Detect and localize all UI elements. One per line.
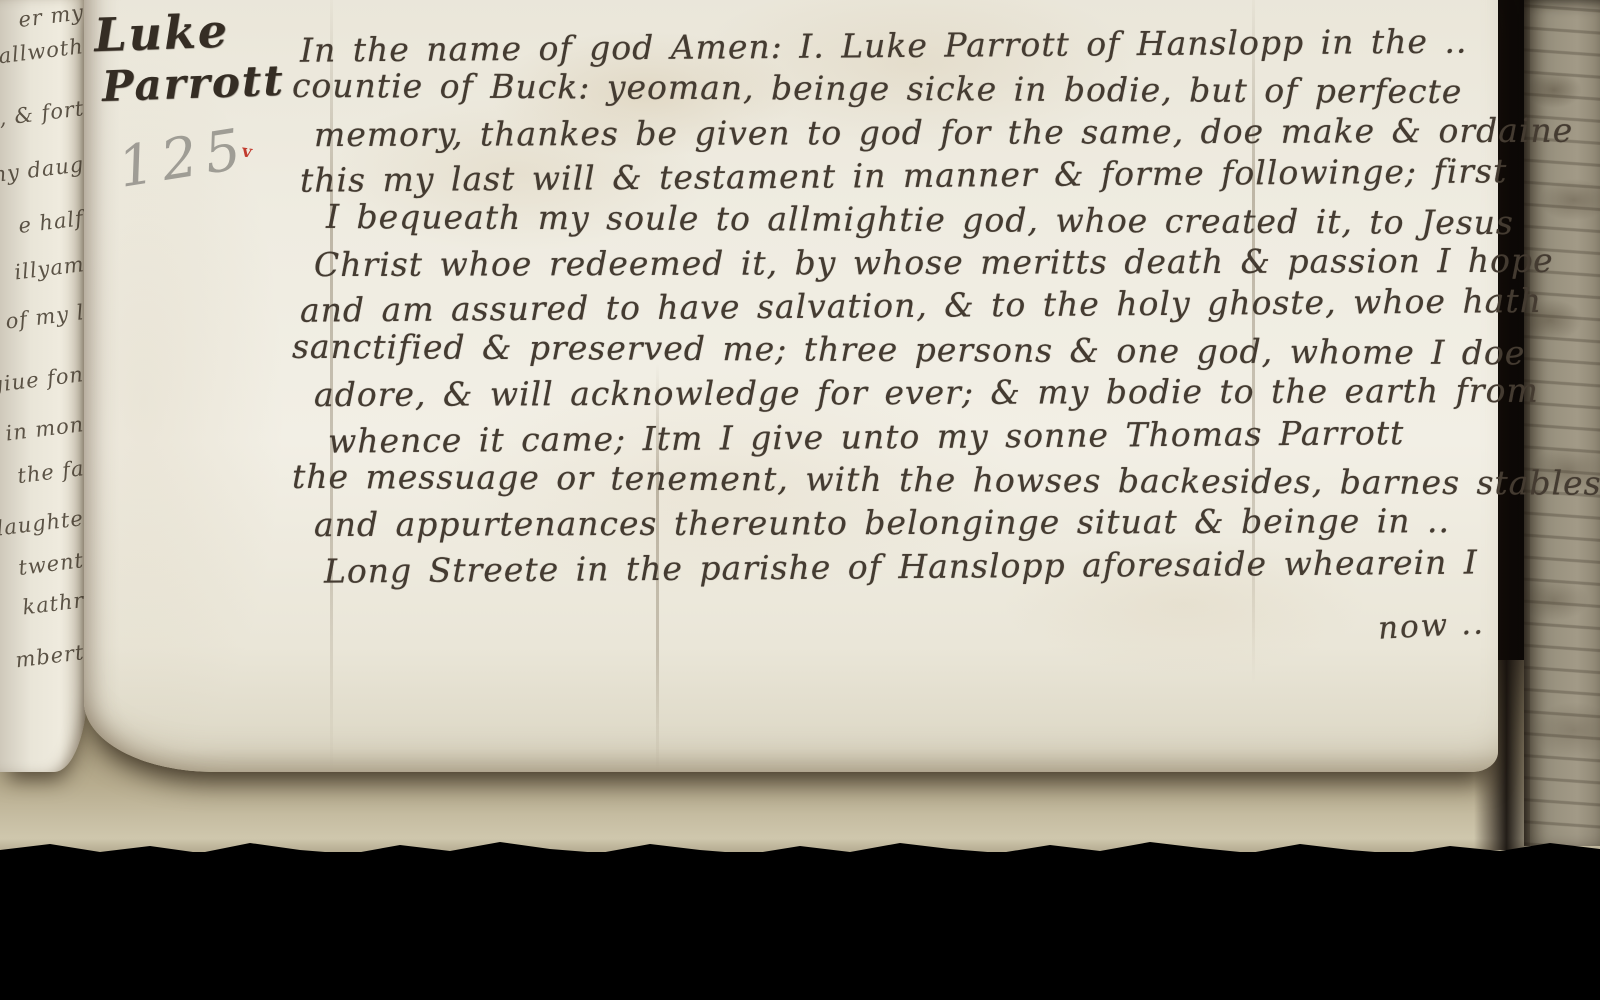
left-page-text-fragment: e half [17,206,85,238]
left-page-text-fragment: illyam [13,252,86,284]
left-page-text-fragment: twent [17,548,85,580]
left-page-text-fragment: mbert [14,640,86,672]
will-text-line: memory, thankes be given to god for the … [314,109,1500,157]
will-text-line: sanctified & preserved me; three persons… [292,325,1500,375]
testator-last-name: Parrott [101,55,285,113]
left-page-text-fragment: of my l [4,300,86,333]
left-page-edge: er my allwoth n, & fort ny daug e half i… [0,0,88,772]
left-page-text-fragment: er my [17,0,85,32]
will-text-line: Christ whoe redeemed it, by whose meritt… [314,239,1500,287]
will-text-line: countie of Buck: yeoman, beinge sicke in… [292,64,1500,114]
testator-name-annotation: Luke Parrott [93,3,285,114]
torn-black-edge [0,838,1600,1000]
left-page-text-fragment: allwoth [0,34,85,68]
left-page-text-fragment: the fa [16,456,86,488]
will-text-line: whence it came; Itm I give unto my sonne… [328,410,1500,463]
will-text-line: I bequeath my soule to allmightie god, w… [326,194,1500,244]
will-text-line: this my last will & testament in manner … [300,149,1500,202]
left-page-text-fragment: laughte [0,506,85,540]
will-text-line: and am assured to have salvation, & to t… [300,280,1500,333]
left-page-text-fragment: in mon [4,412,85,445]
will-text-line: the messuage or tenement, with the howse… [292,455,1500,505]
left-page-text-fragment: n, & fort [0,96,85,132]
left-page-text-fragment: giue fon [0,362,85,397]
will-text-line: and appurtenances thereunto belonginge s… [314,499,1500,547]
will-text-block: In the name of god Amen: I. Luke Parrott… [300,24,1500,588]
will-text-line: adore, & will acknowledge for ever; & my… [314,369,1500,417]
testator-first-name: Luke [93,3,283,62]
catchword: now .. [1377,605,1485,647]
will-text-line: Long Streete in the parishe of Hanslopp … [324,540,1500,593]
manuscript-photo: er my allwoth n, & fort ny daug e half i… [0,0,1600,1000]
left-page-text-fragment: kathr [21,588,86,619]
left-page-text-fragment: ny daug [0,152,85,187]
